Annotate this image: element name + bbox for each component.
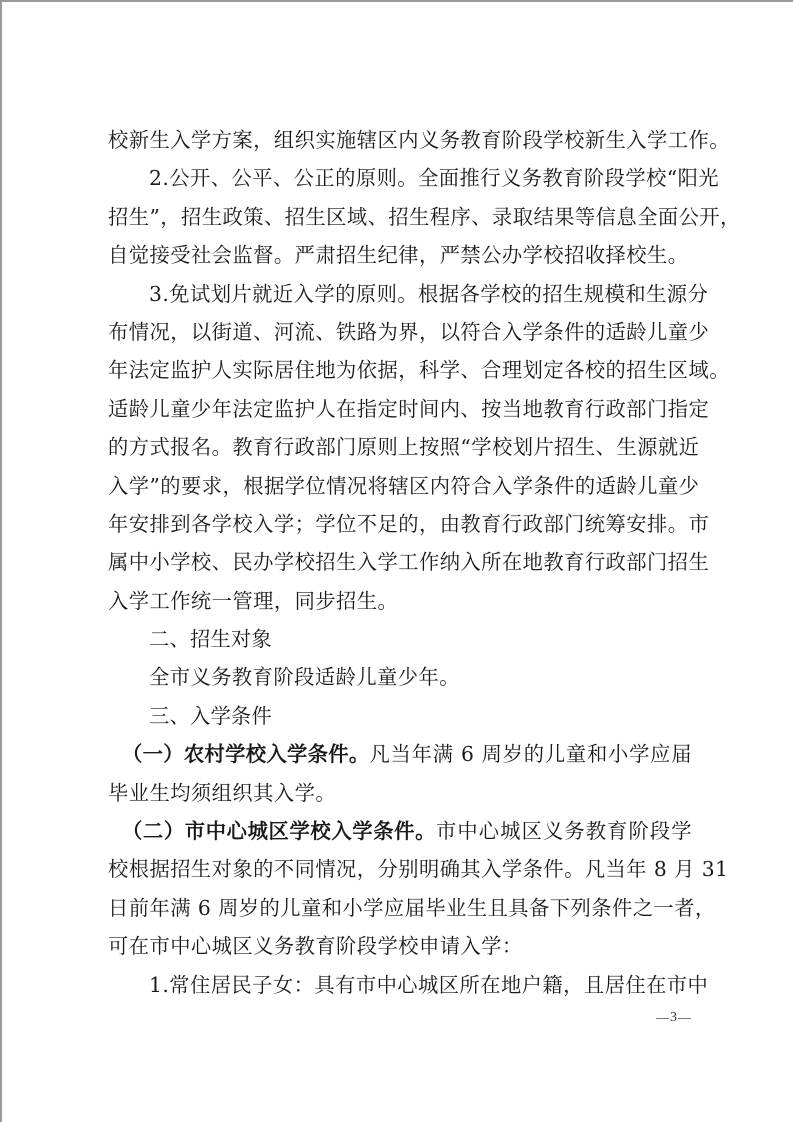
text-line: 适龄儿童少年法定监护人在指定时间内、按当地教育行政部门指定 (108, 390, 692, 428)
text-line: 日前年满 6 周岁的儿童和小学应届毕业生且具备下列条件之一者， (108, 889, 692, 927)
text-line: 校根据招生对象的不同情况，分别明确其入学条件。凡当年 8 月 31 (108, 850, 692, 888)
text-line: 2.公开、公平、公正的原则。全面推行义务教育阶段学校“阳光 (108, 159, 692, 197)
page-number-dash-right (678, 1018, 691, 1019)
text-run: 凡当年满 6 周岁的儿童和小学应届 (369, 742, 692, 766)
text-line: 属中小学校、民办学校招生入学工作纳入所在地教育行政部门招生 (108, 543, 692, 581)
text-line: 入学工作统一管理，同步招生。 (108, 582, 692, 620)
text-line: 的方式报名。教育行政部门原则上按照“学校划片招生、生源就近 (108, 428, 692, 466)
text-line: 校新生入学方案，组织实施辖区内义务教育阶段学校新生入学工作。 (108, 121, 692, 159)
section-heading: 三、入学条件 (108, 697, 692, 735)
text-line: 全市义务教育阶段适龄儿童少年。 (108, 658, 692, 696)
text-run: 市中心城区义务教育阶段学 (436, 819, 692, 843)
page-number-value: 3 (669, 1010, 678, 1026)
text-line: 年法定监护人实际居住地为依据，科学、合理划定各校的招生区域。 (108, 351, 692, 389)
text-line: 1.常住居民子女：具有市中心城区所在地户籍，且居住在市中 (108, 966, 692, 1004)
document-body: 校新生入学方案，组织实施辖区内义务教育阶段学校新生入学工作。 2.公开、公平、公… (108, 121, 692, 1004)
text-line: 毕业生均须组织其入学。 (108, 774, 692, 812)
text-line: 年安排到各学校入学；学位不足的，由教育行政部门统筹安排。市 (108, 505, 692, 543)
text-line: 3.免试划片就近入学的原则。根据各学校的招生规模和生源分 (108, 275, 692, 313)
section-heading: 二、招生对象 (108, 620, 692, 658)
subsection-line: （二）市中心城区学校入学条件。市中心城区义务教育阶段学 (108, 812, 692, 850)
subsection-title: （二）市中心城区学校入学条件。 (122, 819, 436, 843)
subsection-line: （一）农村学校入学条件。凡当年满 6 周岁的儿童和小学应届 (108, 735, 692, 773)
page-number: 3 (656, 1010, 691, 1026)
text-line: 招生”，招生政策、招生区域、招生程序、录取结果等信息全面公开， (108, 198, 692, 236)
text-line: 布情况，以街道、河流、铁路为界，以符合入学条件的适龄儿童少 (108, 313, 692, 351)
page-number-dash-left (656, 1018, 669, 1019)
text-line: 自觉接受社会监督。严肃招生纪律，严禁公办学校招收择校生。 (108, 236, 692, 274)
document-page: 校新生入学方案，组织实施辖区内义务教育阶段学校新生入学工作。 2.公开、公平、公… (0, 0, 793, 1122)
text-line: 可在市中心城区义务教育阶段学校申请入学： (108, 927, 692, 965)
text-line: 入学”的要求，根据学位情况将辖区内符合入学条件的适龄儿童少 (108, 467, 692, 505)
subsection-title: （一）农村学校入学条件。 (122, 742, 369, 766)
